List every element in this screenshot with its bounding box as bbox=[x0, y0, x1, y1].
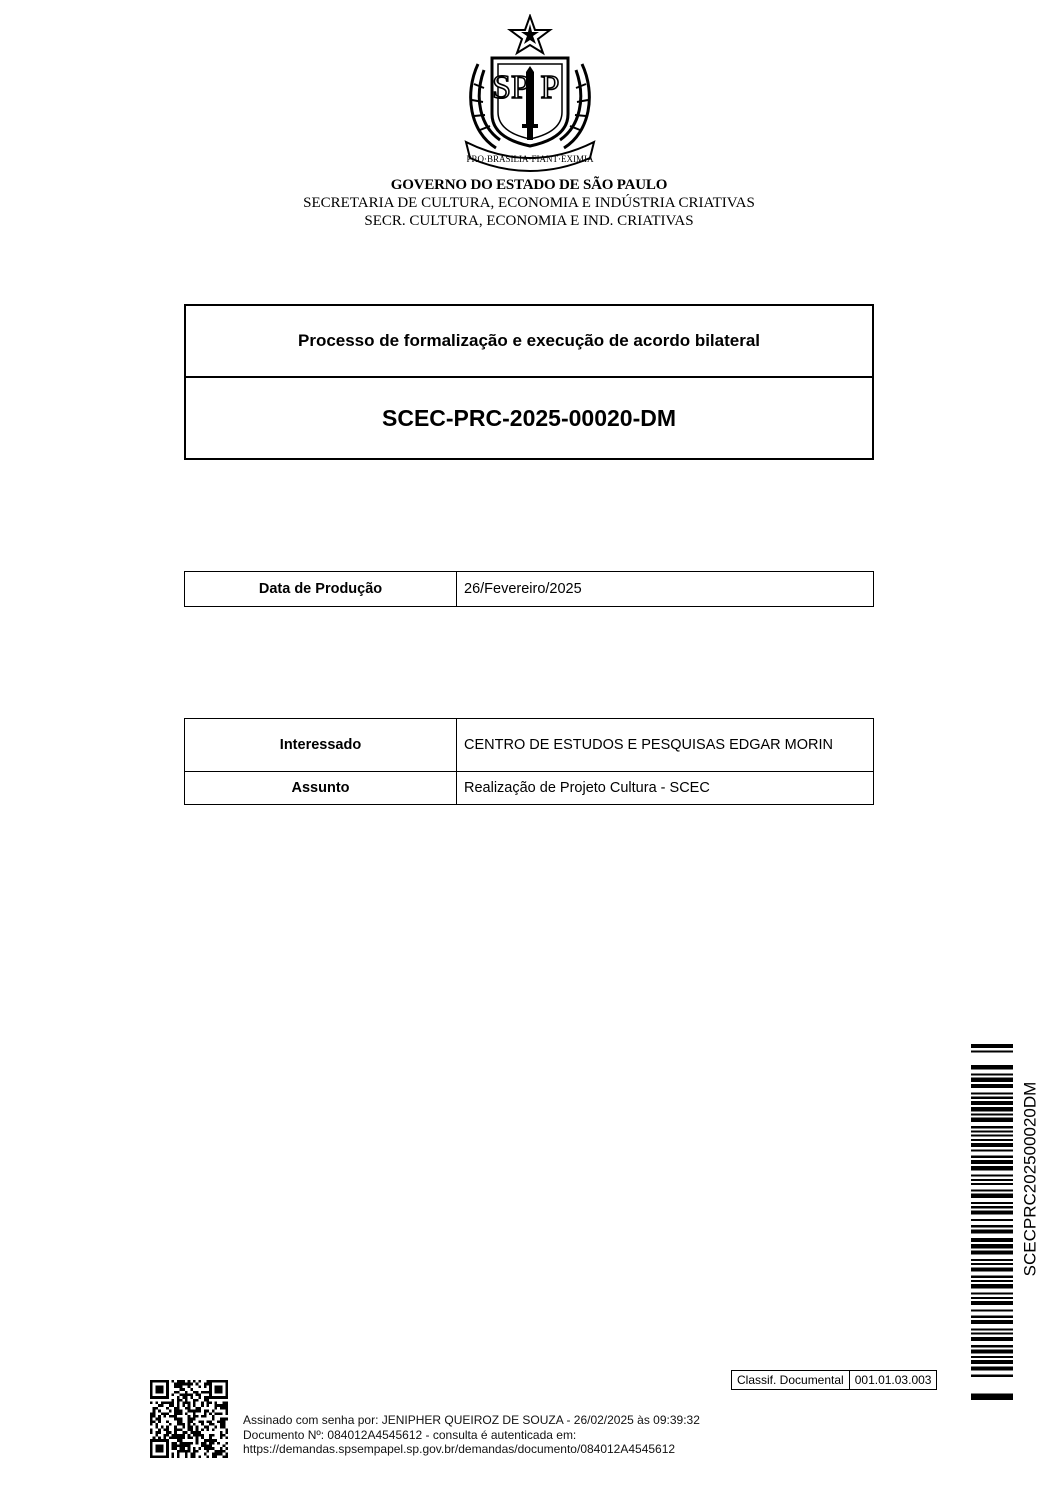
svg-text:PRO·BRASILIA·FIANT·EXIMIA: PRO·BRASILIA·FIANT·EXIMIA bbox=[467, 154, 594, 164]
government-name: GOVERNO DO ESTADO DE SÃO PAULO bbox=[0, 176, 1058, 194]
svg-text:P: P bbox=[541, 69, 560, 106]
classification-label: Classif. Documental bbox=[732, 1371, 850, 1390]
table-row: Interessado CENTRO DE ESTUDOS E PESQUISA… bbox=[185, 719, 874, 772]
interested-value: CENTRO DE ESTUDOS E PESQUISAS EDGAR MORI… bbox=[457, 719, 874, 772]
production-date-value: 26/Fevereiro/2025 bbox=[457, 572, 874, 607]
subject-label: Assunto bbox=[185, 772, 457, 805]
svg-text:SP: SP bbox=[492, 69, 530, 106]
barcode-label: SCECPRC202500020DM bbox=[1017, 1044, 1043, 1314]
secretariat-short-name: SECR. CULTURA, ECONOMIA E IND. CRIATIVAS bbox=[0, 212, 1058, 230]
signature-block: Assinado com senha por: JENIPHER QUEIROZ… bbox=[243, 1413, 700, 1457]
classification-value: 001.01.03.003 bbox=[849, 1371, 937, 1390]
secretariat-name: SECRETARIA DE CULTURA, ECONOMIA E INDÚST… bbox=[0, 194, 1058, 212]
subject-value: Realização de Projeto Cultura - SCEC bbox=[457, 772, 874, 805]
qr-code-icon[interactable] bbox=[149, 1380, 229, 1458]
table-row: Assunto Realização de Projeto Cultura - … bbox=[185, 772, 874, 805]
process-number: SCEC-PRC-2025-00020-DM bbox=[185, 377, 873, 459]
document-number-line: Documento Nº: 084012A4545612 - consulta … bbox=[243, 1428, 700, 1443]
process-title-box: Processo de formalização e execução de a… bbox=[184, 304, 874, 460]
process-title: Processo de formalização e execução de a… bbox=[185, 305, 873, 377]
interested-label: Interessado bbox=[185, 719, 457, 772]
production-date-table: Data de Produção 26/Fevereiro/2025 bbox=[184, 571, 874, 607]
signature-line: Assinado com senha por: JENIPHER QUEIROZ… bbox=[243, 1413, 700, 1428]
document-header: GOVERNO DO ESTADO DE SÃO PAULO SECRETARI… bbox=[0, 176, 1058, 230]
production-date-label: Data de Produção bbox=[185, 572, 457, 607]
verification-url[interactable]: https://demandas.spsempapel.sp.gov.br/de… bbox=[243, 1442, 700, 1457]
coat-of-arms-icon: SP P PRO·BRASILIA·FIANT·EXIMIA bbox=[460, 14, 600, 174]
classification-table: Classif. Documental 001.01.03.003 bbox=[731, 1370, 937, 1390]
barcode-icon bbox=[971, 1044, 1013, 1400]
details-table: Interessado CENTRO DE ESTUDOS E PESQUISA… bbox=[184, 718, 874, 805]
